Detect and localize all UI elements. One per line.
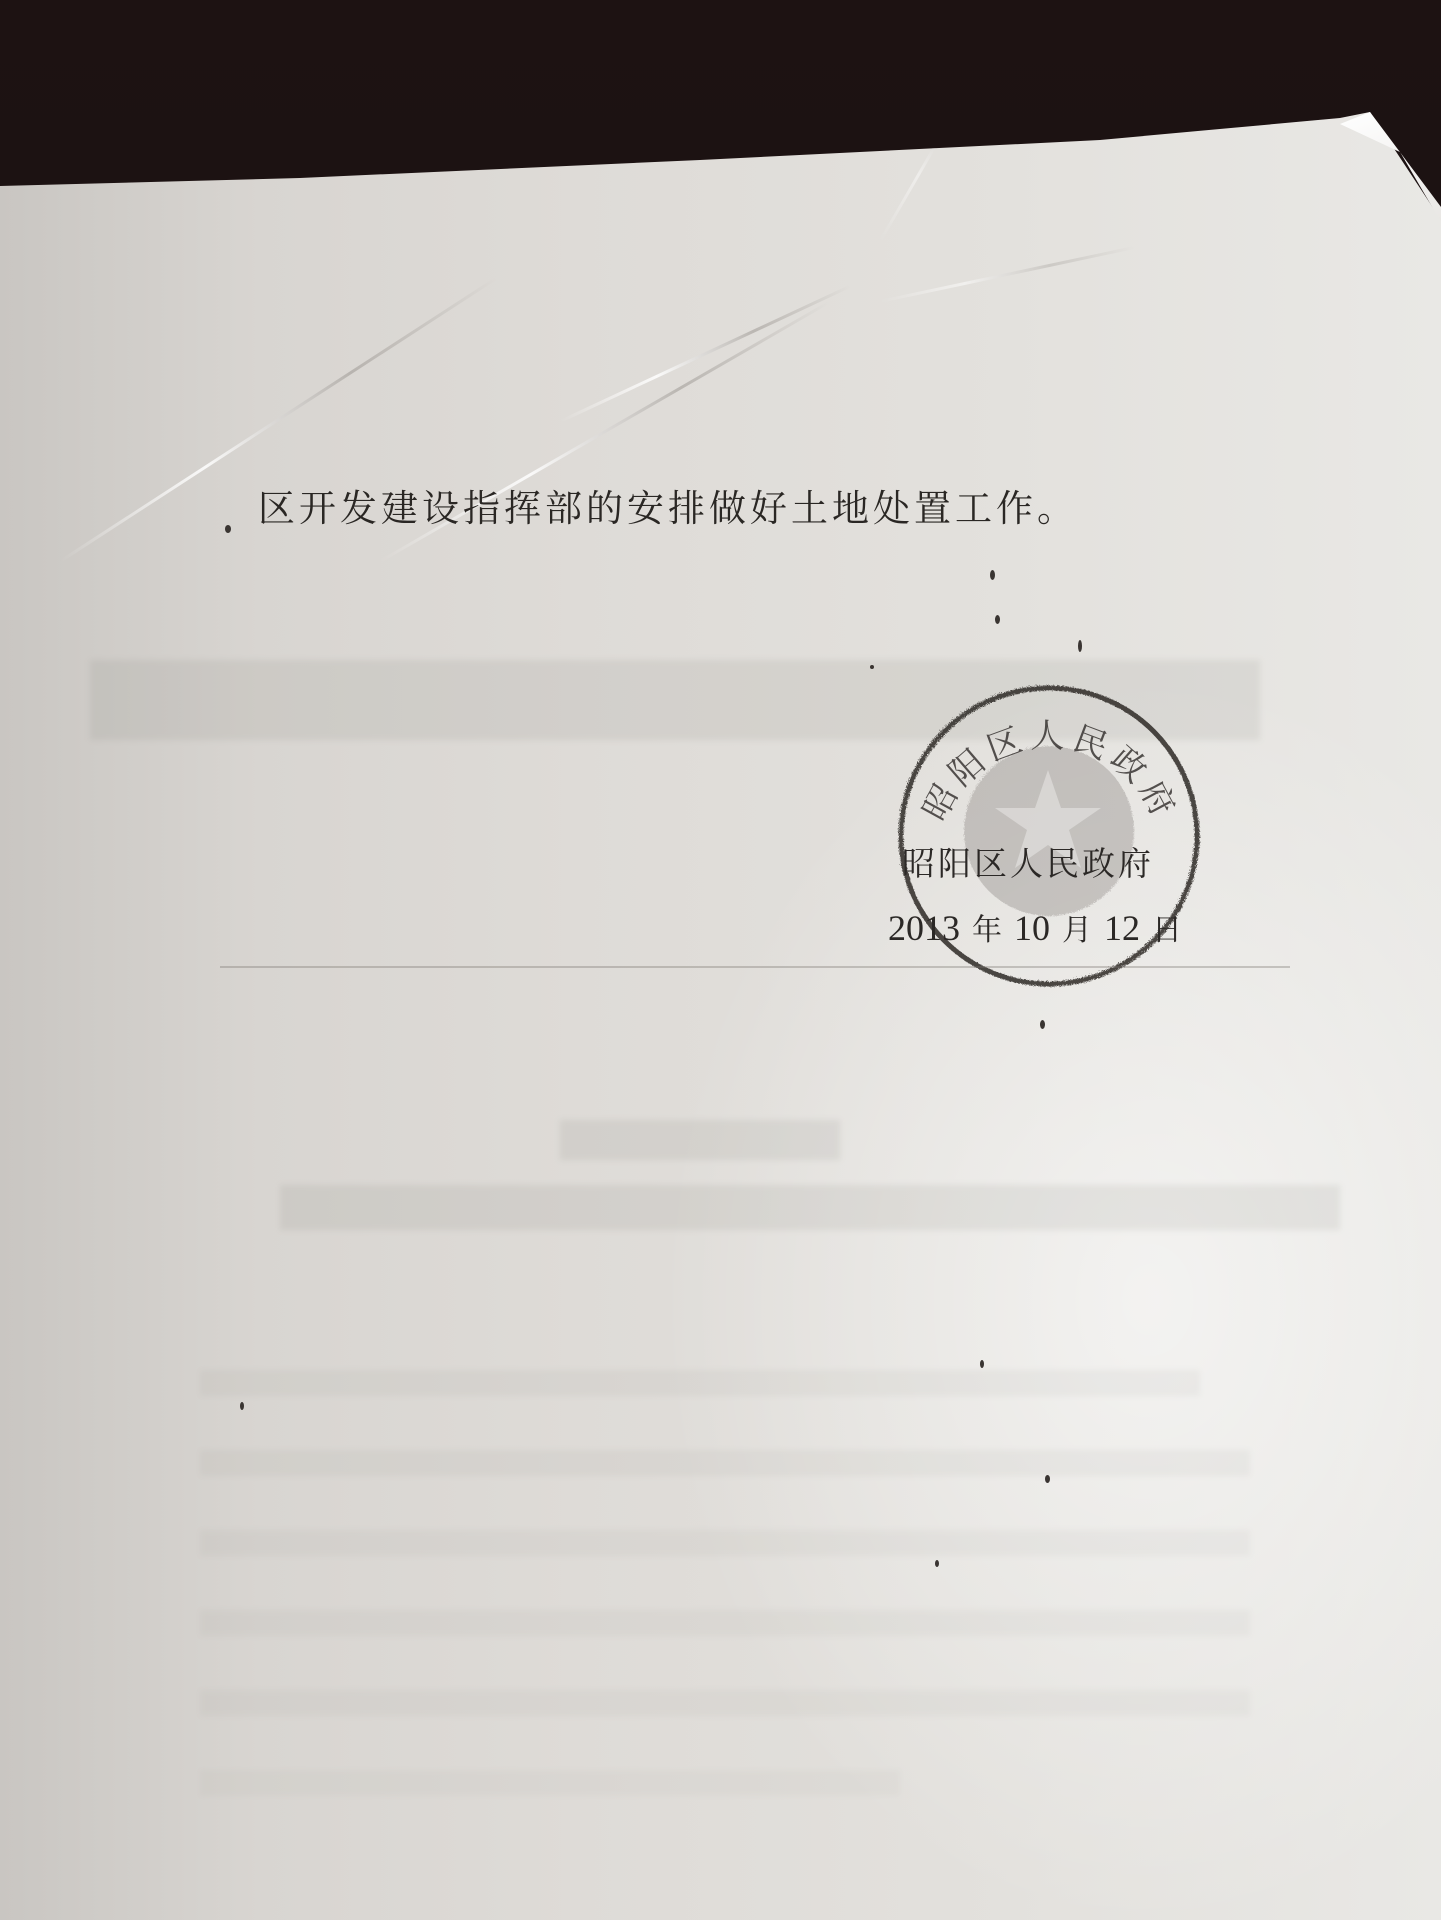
- bleed-through-line: [200, 1370, 1200, 1396]
- paper-crease: [559, 285, 850, 423]
- bleed-through-line: [200, 1450, 1250, 1476]
- bleed-through-rule: [220, 966, 1290, 968]
- paper-sheet: 区开发建设指挥部的安排做好土地处置工作。 昭阳区人民政府 昭阳区人民政府 201…: [0, 0, 1441, 1920]
- issue-date: 2013年10月12日: [888, 905, 1194, 949]
- ink-speck: [225, 525, 231, 533]
- ink-speck: [995, 615, 1000, 624]
- bleed-through-line: [200, 1770, 900, 1796]
- date-day-unit: 日: [1152, 913, 1182, 948]
- body-text-line: 区开发建设指挥部的安排做好土地处置工作。: [258, 478, 1078, 532]
- issuer-signature: 昭阳区人民政府: [902, 838, 1154, 885]
- date-month-unit: 月: [1062, 913, 1092, 948]
- ink-speck: [990, 570, 995, 580]
- bleed-through-line: [200, 1610, 1250, 1636]
- bleed-through-line: [280, 1185, 1340, 1230]
- date-month: 10: [1014, 908, 1050, 948]
- bleed-through-line: [560, 1120, 840, 1160]
- bleed-through-line: [200, 1530, 1250, 1556]
- ink-speck: [1040, 1020, 1045, 1029]
- paper-crease: [880, 246, 1135, 303]
- date-day: 12: [1104, 908, 1140, 948]
- ink-speck: [1045, 1475, 1050, 1483]
- ink-speck: [935, 1560, 939, 1567]
- ink-speck: [240, 1402, 244, 1410]
- ink-speck: [980, 1360, 984, 1368]
- date-year-unit: 年: [972, 913, 1002, 948]
- ink-speck: [1078, 640, 1082, 652]
- date-year: 2013: [888, 908, 960, 948]
- bleed-through-line: [200, 1690, 1250, 1716]
- ink-speck: [870, 665, 874, 669]
